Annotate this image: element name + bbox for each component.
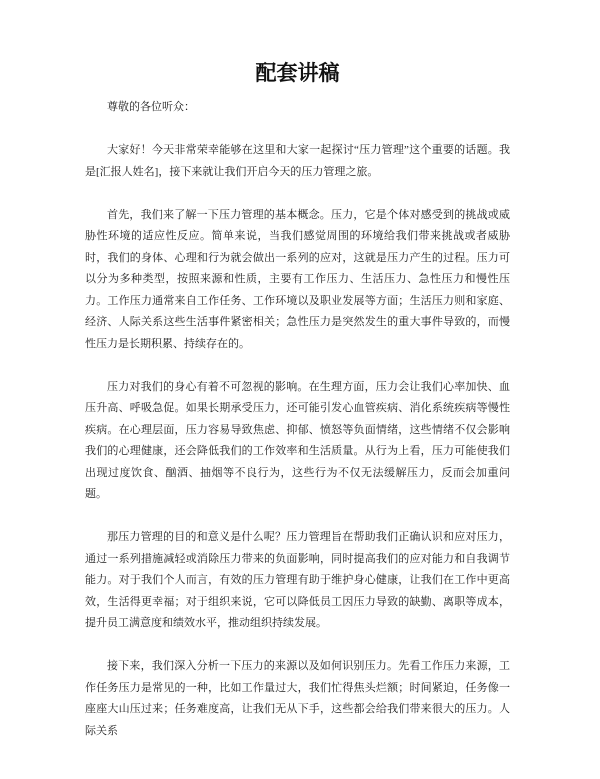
document-page: 配套讲稿 尊敬的各位听众： 大家好！今天非常荣幸能够在这里和大家一起探讨“压力管… (0, 0, 600, 779)
paragraph-greeting: 大家好！今天非常荣幸能够在这里和大家一起探讨“压力管理”这个重要的话题。我是[汇… (85, 140, 510, 183)
paragraph-stress-effects: 压力对我们的身心有着不可忽视的影响。在生理方面，压力会让我们心率加快、血压升高、… (85, 377, 510, 506)
paragraph-stress-sources: 接下来，我们深入分析一下压力的来源以及如何识别压力。先看工作压力来源，工作任务压… (85, 656, 510, 742)
document-title: 配套讲稿 (85, 59, 510, 87)
salutation-line: 尊敬的各位听众： (85, 97, 510, 119)
paragraph-management-purpose: 那压力管理的目的和意义是什么呢？压力管理旨在帮助我们正确认识和应对压力，通过一系… (85, 527, 510, 635)
paragraph-stress-concepts: 首先，我们来了解一下压力管理的基本概念。压力，它是个体对感受到的挑战或威胁性环境… (85, 205, 510, 356)
